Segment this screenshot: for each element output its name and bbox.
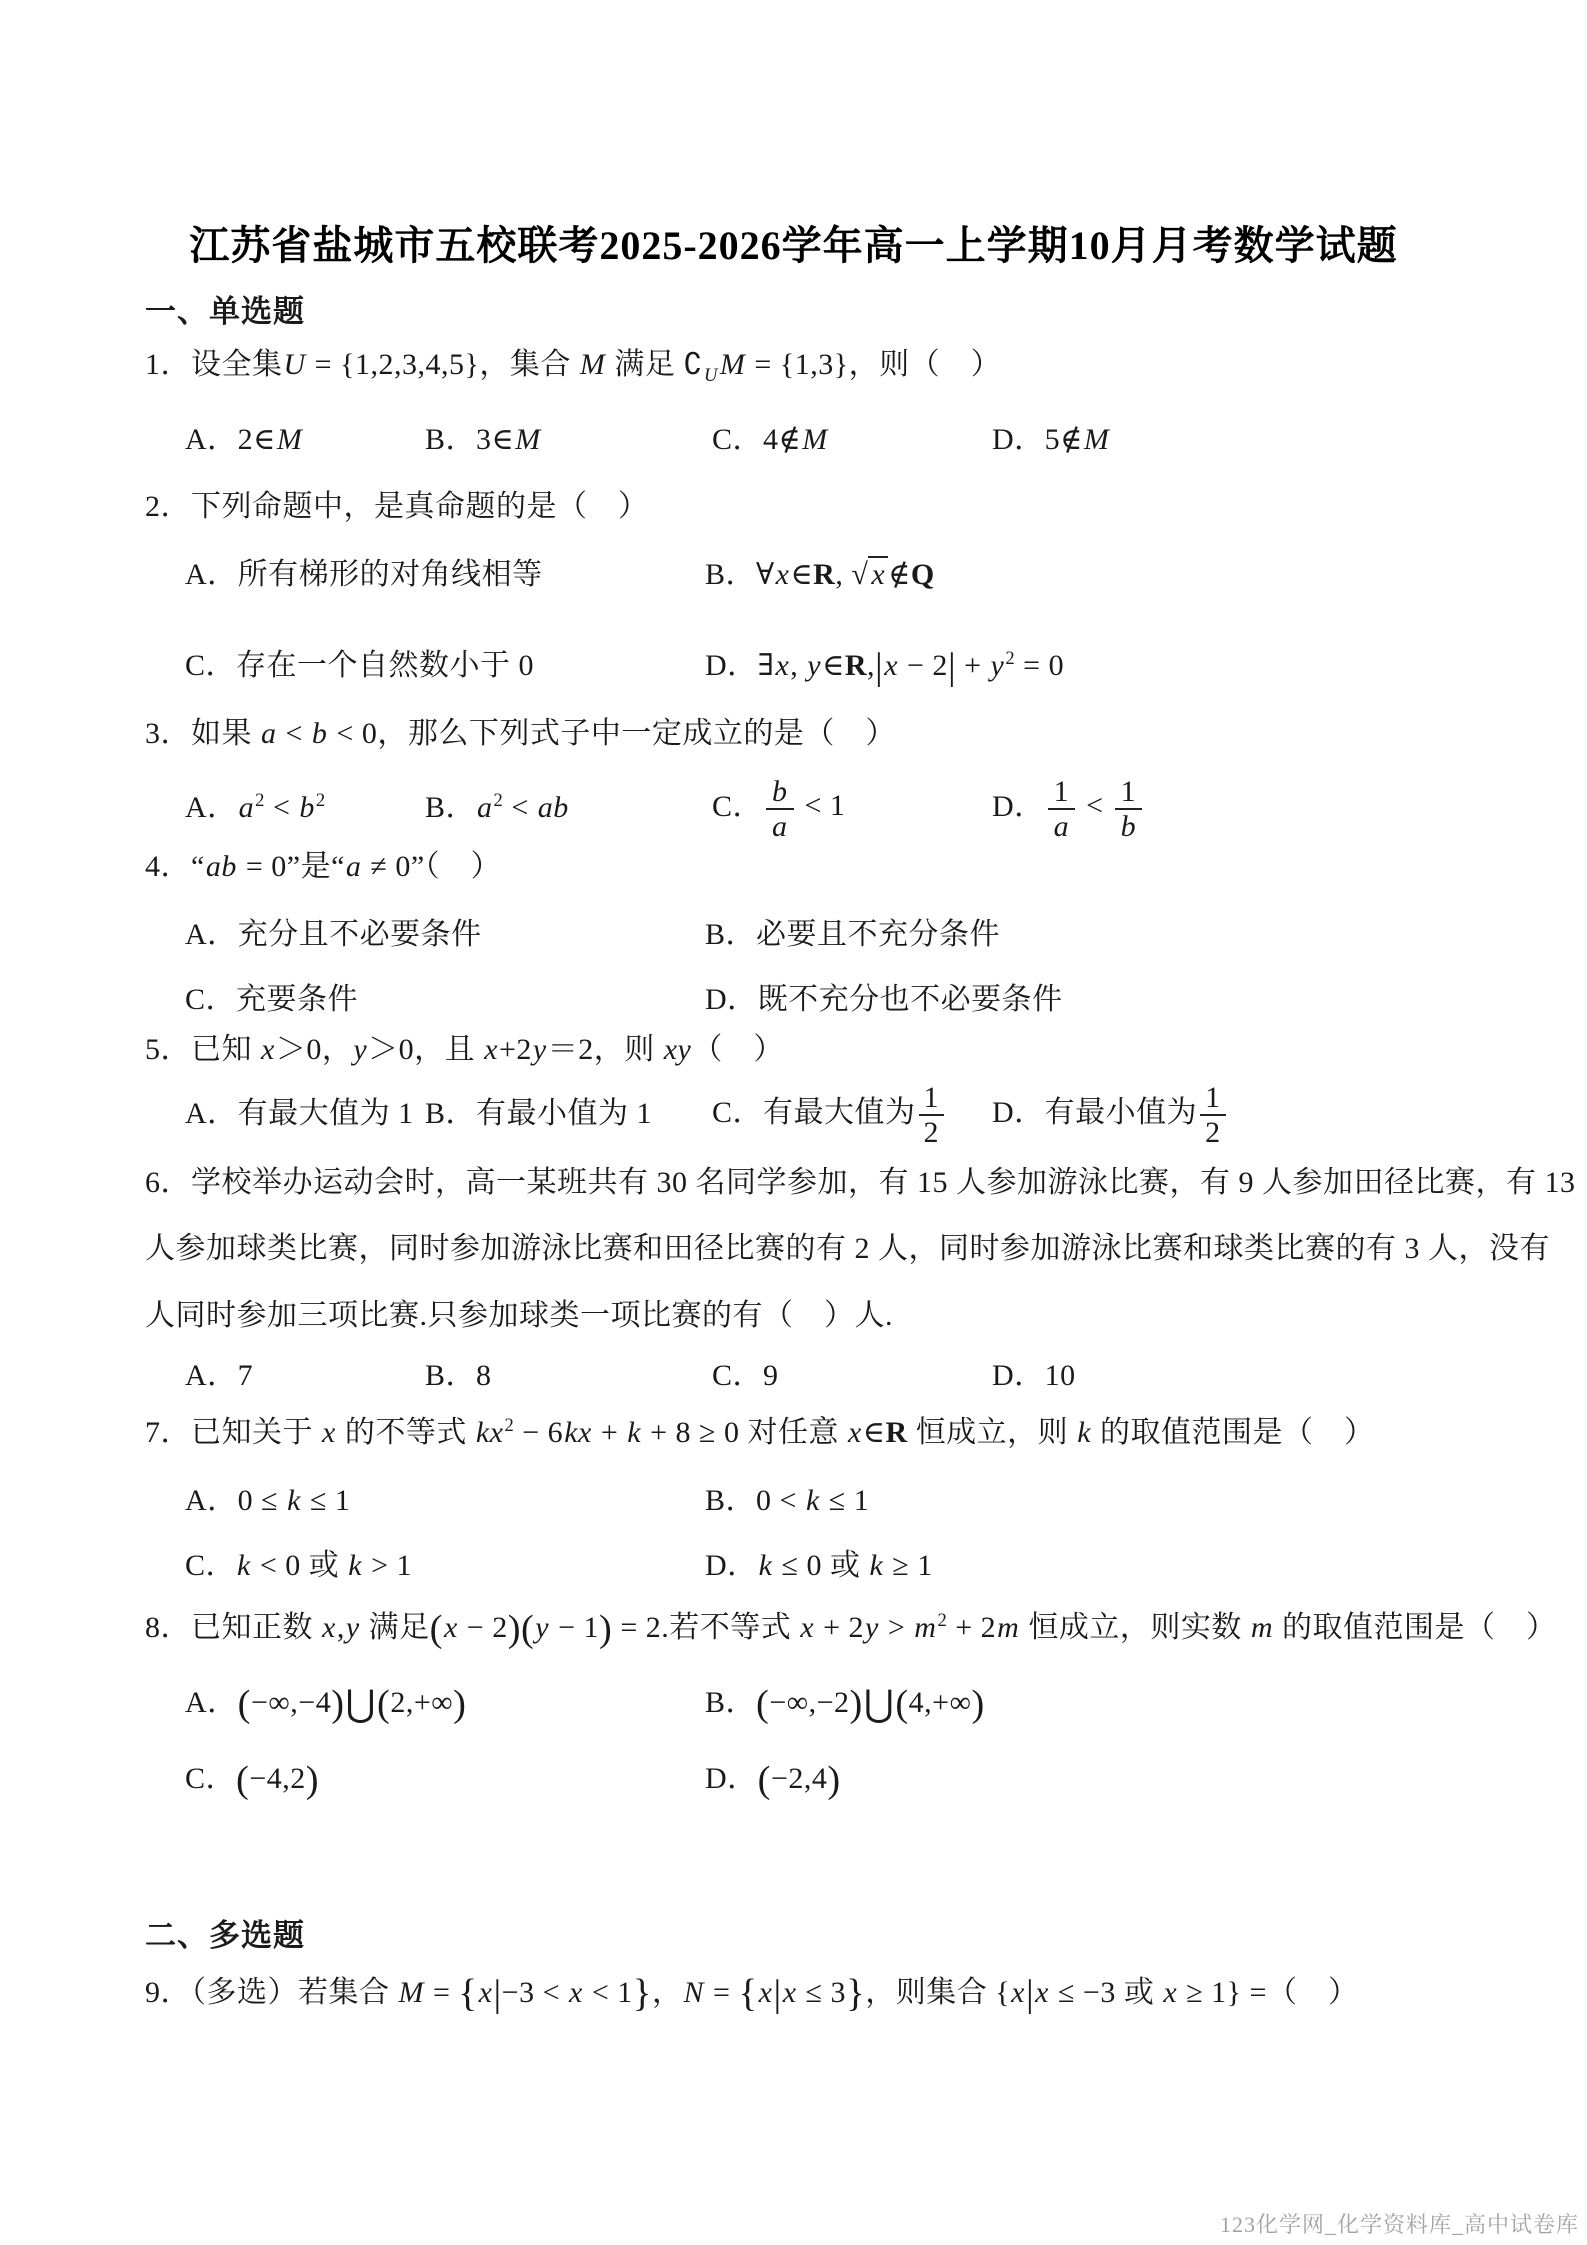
question-5-option-B: B．有最小值为 1 <box>425 1094 712 1135</box>
question-8-option-C: C．(−4,2) <box>185 1759 705 1800</box>
question-2-options: A．所有梯形的对角线相等B．∀x∈R, √x∉QC．存在一个自然数小于 0D．∃… <box>185 555 1527 686</box>
question-8-stem: 8．已知正数 x,y 满足(x − 2)(y − 1) = 2.若不等式 x +… <box>145 1608 1527 1649</box>
question-6-options: A．7B．8C．9D．10 <box>185 1356 1527 1397</box>
section-1-header: 一、单选题 <box>145 286 1527 331</box>
question-4-option-C: C．充要条件 <box>185 980 705 1021</box>
question-5-option-C: C．有最大值为12 <box>712 1081 992 1149</box>
question-2-option-C: C．存在一个自然数小于 0 <box>185 646 705 687</box>
exam-body: 江苏省盐城市五校联考2025-2026学年高一上学期10月月考数学试题一、单选题… <box>0 0 1587 2013</box>
question-3-option-A: A．a2 < b2 <box>185 788 425 829</box>
question-1-option-B: B．3∈M <box>425 420 712 461</box>
question-4-stem: 4．“ab = 0”是“a ≠ 0”（ ） <box>145 847 1527 888</box>
question-3-stem: 3．如果 a < b < 0，那么下列式子中一定成立的是（ ） <box>145 714 1527 755</box>
question-6-line-1: 6．学校举办运动会时，高一某班共有 30 名同学参加，有 15 人参加游泳比赛，… <box>145 1163 1527 1204</box>
question-7-options: A．0 ≤ k ≤ 1B．0 < k ≤ 1C．k < 0 或 k > 1D．k… <box>185 1481 1527 1586</box>
question-6-line-3: 人同时参加三项比赛.只参加球类一项比赛的有（ ）人. <box>145 1296 1527 1337</box>
question-5-stem: 5．已知 x＞0，y＞0，且 x+2y＝2，则 xy（ ） <box>145 1030 1527 1071</box>
question-5-option-A: A．有最大值为 1 <box>185 1094 425 1135</box>
question-2-option-B: B．∀x∈R, √x∉Q <box>705 555 1527 596</box>
question-3-option-B: B．a2 < ab <box>425 788 712 829</box>
question-6-option-C: C．9 <box>712 1356 992 1397</box>
question-5-options: A．有最大值为 1B．有最小值为 1C．有最大值为12D．有最小值为12 <box>185 1081 1527 1149</box>
question-3-options: A．a2 < b2B．a2 < abC．ba < 1D．1a < 1b <box>185 775 1527 843</box>
question-4-option-A: A．充分且不必要条件 <box>185 915 705 956</box>
question-6-option-D: D．10 <box>992 1356 1527 1397</box>
question-4-option-B: B．必要且不充分条件 <box>705 915 1527 956</box>
question-4-option-D: D．既不充分也不必要条件 <box>705 980 1527 1021</box>
question-7-option-A: A．0 ≤ k ≤ 1 <box>185 1481 705 1522</box>
question-1-option-A: A．2∈M <box>185 420 425 461</box>
question-2-option-D: D．∃x, y∈R,|x − 2| + y2 = 0 <box>705 646 1527 687</box>
question-7-stem: 7．已知关于 x 的不等式 kx2 − 6kx + k + 8 ≥ 0 对任意 … <box>145 1413 1527 1454</box>
question-7-option-B: B．0 < k ≤ 1 <box>705 1481 1527 1522</box>
question-3-option-D: D．1a < 1b <box>992 775 1527 843</box>
question-1-option-C: C．4∉M <box>712 420 992 461</box>
question-2-stem: 2．下列命题中，是真命题的是（ ） <box>145 487 1527 528</box>
question-6-option-A: A．7 <box>185 1356 425 1397</box>
page-title: 江苏省盐城市五校联考2025-2026学年高一上学期10月月考数学试题 <box>0 222 1587 270</box>
question-7-option-C: C．k < 0 或 k > 1 <box>185 1546 705 1587</box>
question-8-option-B: B．(−∞,−2)⋃(4,+∞) <box>705 1683 1527 1724</box>
question-6-line-2: 人参加球类比赛，同时参加游泳比赛和田径比赛的有 2 人，同时参加游泳比赛和球类比… <box>145 1229 1527 1270</box>
question-7-option-D: D．k ≤ 0 或 k ≥ 1 <box>705 1546 1527 1587</box>
question-8-options: A．(−∞,−4)⋃(2,+∞)B．(−∞,−2)⋃(4,+∞)C．(−4,2)… <box>185 1683 1527 1800</box>
question-2-option-A: A．所有梯形的对角线相等 <box>185 555 705 596</box>
question-1-option-D: D．5∉M <box>992 420 1527 461</box>
question-1-stem: 1．设全集U = {1,2,3,4,5}，集合 M 满足 ∁UM = {1,3}… <box>145 345 1527 388</box>
question-4-options: A．充分且不必要条件B．必要且不充分条件C．充要条件D．既不充分也不必要条件 <box>185 915 1527 1020</box>
question-8-option-A: A．(−∞,−4)⋃(2,+∞) <box>185 1683 705 1724</box>
question-1-options: A．2∈MB．3∈MC．4∉MD．5∉M <box>185 420 1527 461</box>
question-8-option-D: D．(−2,4) <box>705 1759 1527 1800</box>
section-2-header: 二、多选题 <box>145 1910 1527 1955</box>
question-6-option-B: B．8 <box>425 1356 712 1397</box>
question-3-option-C: C．ba < 1 <box>712 775 992 843</box>
question-9-stem: 9．（多选）若集合 M = {x|−3 < x < 1}，N = {x|x ≤ … <box>145 1973 1527 2014</box>
footer-watermark: 123化学网_化学资料库_高中试卷库 <box>1220 2208 1579 2239</box>
question-5-option-D: D．有最小值为12 <box>992 1081 1527 1149</box>
exam-page: 江苏省盐城市五校联考2025-2026学年高一上学期10月月考数学试题一、单选题… <box>0 0 1587 2245</box>
